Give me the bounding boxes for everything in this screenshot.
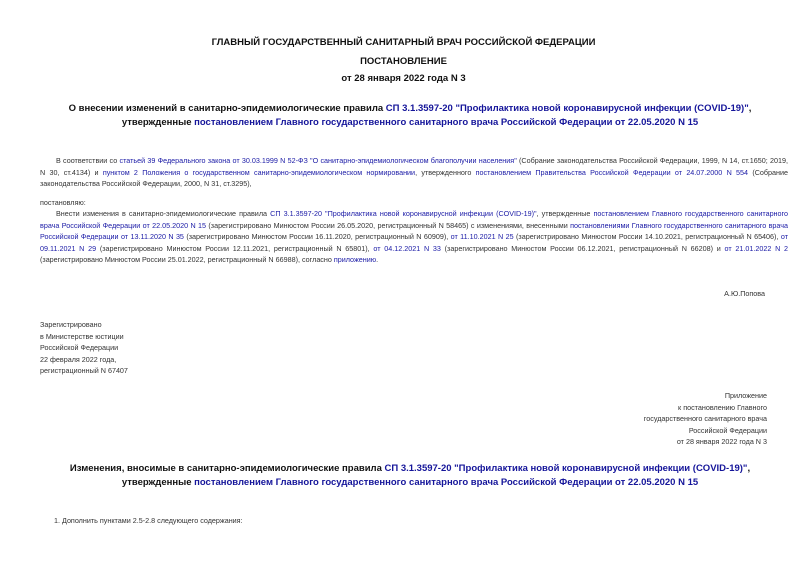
text: (зарегистрировано Минюстом России 26.05.… (206, 221, 570, 230)
document-title: О внесении изменений в санитарно-эпидеми… (40, 102, 780, 130)
amendment-link-33[interactable]: от 04.12.2021 N 33 (373, 244, 440, 253)
text: (зарегистрировано Минюстом России 06.12.… (441, 244, 725, 253)
text: Внести изменения в санитарно-эпидемиолог… (56, 209, 270, 218)
document-date: от 28 января 2022 года N 3 (0, 73, 807, 84)
registration-line: Российской Федерации (40, 342, 128, 354)
text: В соответствии со (56, 156, 119, 165)
appendix-line: государственного санитарного врача (644, 413, 767, 425)
appendix-line: Российской Федерации (644, 425, 767, 437)
resolve-word: постановляю: (40, 197, 788, 209)
text: (зарегистрировано Минюстом России 25.01.… (40, 255, 334, 264)
registration-line: Зарегистрировано (40, 319, 128, 331)
appendix-note: Приложение к постановлению Главного госу… (644, 390, 767, 448)
law-article-link[interactable]: статьей 39 Федерального закона от 30.03.… (119, 156, 516, 165)
document-type: ПОСТАНОВЛЕНИЕ (0, 56, 807, 67)
appendix-link[interactable]: приложению (334, 255, 376, 264)
resolution-link[interactable]: постановлением Главного государственного… (194, 117, 698, 128)
amendment-link-2[interactable]: от 21.01.2022 N 2 (725, 244, 788, 253)
issuing-authority: ГЛАВНЫЙ ГОСУДАРСТВЕННЫЙ САНИТАРНЫЙ ВРАЧ … (0, 37, 807, 48)
registration-line: 22 февраля 2022 года, (40, 354, 128, 366)
appendix-line: к постановлению Главного (644, 402, 767, 414)
text: , утвержденного (415, 168, 476, 177)
sp-link[interactable]: СП 3.1.3597-20 "Профилактика новой корон… (270, 209, 536, 218)
registration-line: регистрационный N 67407 (40, 365, 128, 377)
text: (зарегистрировано Минюстом России 16.11.… (184, 232, 451, 241)
registration-line: в Министерстве юстиции (40, 331, 128, 343)
government-resolution-link[interactable]: постановлением Правительства Российской … (476, 168, 748, 177)
text: (зарегистрировано Минюстом России 12.11.… (96, 244, 373, 253)
sp-link[interactable]: СП 3.1.3597-20 "Профилактика новой корон… (386, 103, 749, 114)
text: . (376, 255, 378, 264)
amendment-link-25[interactable]: от 11.10.2021 N 25 (451, 232, 514, 241)
item-1: 1. Дополнить пунктами 2.5-2.8 следующего… (54, 515, 243, 527)
preamble-paragraph: В соответствии со статьей 39 Федеральног… (40, 155, 788, 190)
text: (зарегистрировано Минюстом России 14.10.… (514, 232, 781, 241)
text: , утвержденные (537, 209, 594, 218)
title-text: О внесении изменений в санитарно-эпидеми… (69, 103, 386, 114)
sp-link[interactable]: СП 3.1.3597-20 "Профилактика новой корон… (385, 463, 748, 474)
body-paragraph: Внести изменения в санитарно-эпидемиолог… (40, 208, 788, 266)
appendix-title: Изменения, вносимые в санитарно-эпидемио… (40, 462, 780, 490)
resolution-link[interactable]: постановлением Главного государственного… (194, 477, 698, 488)
registration-note: Зарегистрировано в Министерстве юстиции … (40, 319, 128, 377)
appendix-line: Приложение (644, 390, 767, 402)
signature: А.Ю.Попова (724, 288, 765, 300)
appendix-line: от 28 января 2022 года N 3 (644, 436, 767, 448)
regulation-clause-link[interactable]: пунктом 2 Положения о государственном са… (103, 168, 415, 177)
title-text: Изменения, вносимые в санитарно-эпидемио… (70, 463, 385, 474)
